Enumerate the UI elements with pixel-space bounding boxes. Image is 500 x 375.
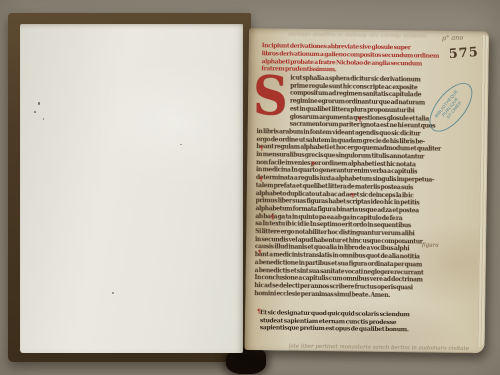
page-speck <box>180 144 182 145</box>
pilcrow-mark: ¶ <box>311 162 315 168</box>
pilcrow-mark: ¶ <box>259 177 263 183</box>
pilcrow-mark: ¶ <box>259 146 263 152</box>
showthrough-text: seruntur species alie quedam in ordinem … <box>277 31 427 40</box>
page-speck <box>112 292 114 294</box>
corner-inscription: p° ano <box>442 33 464 42</box>
rubric-block: Incipiunt derivationes abbreviate sive g… <box>261 42 439 76</box>
manuscript-line: homini ecclesie per animas simul beate. … <box>254 290 454 300</box>
addendum-line: sapientisque pretium est opus de qualibe… <box>260 324 420 334</box>
page-speck <box>34 111 36 113</box>
marginal-note: figura <box>422 242 439 248</box>
page-speck <box>43 118 44 120</box>
bottom-inscription: Iste liber pertinet monasterio sancti be… <box>288 344 473 354</box>
folio-number: 575 <box>448 45 479 62</box>
manuscript-photo: seruntur species alie quedam in ordinem … <box>0 0 500 375</box>
pilcrow-mark: ¶ <box>270 215 274 221</box>
manuscript-right-page: seruntur species alie quedam in ordinem … <box>245 28 489 353</box>
body-text-block: icut sphalia a sphera dicitur sic deriva… <box>254 74 457 300</box>
blank-left-page <box>20 24 243 353</box>
pilcrow-mark: ¶ <box>358 118 362 124</box>
pilcrow-mark: ¶ <box>351 193 355 199</box>
page-speck <box>38 102 40 105</box>
pilcrow-mark: ¶ <box>258 250 262 256</box>
page-fore-edge <box>478 35 489 347</box>
addendum-block: Et sic designatur quod quicquid scolaris… <box>260 309 420 334</box>
